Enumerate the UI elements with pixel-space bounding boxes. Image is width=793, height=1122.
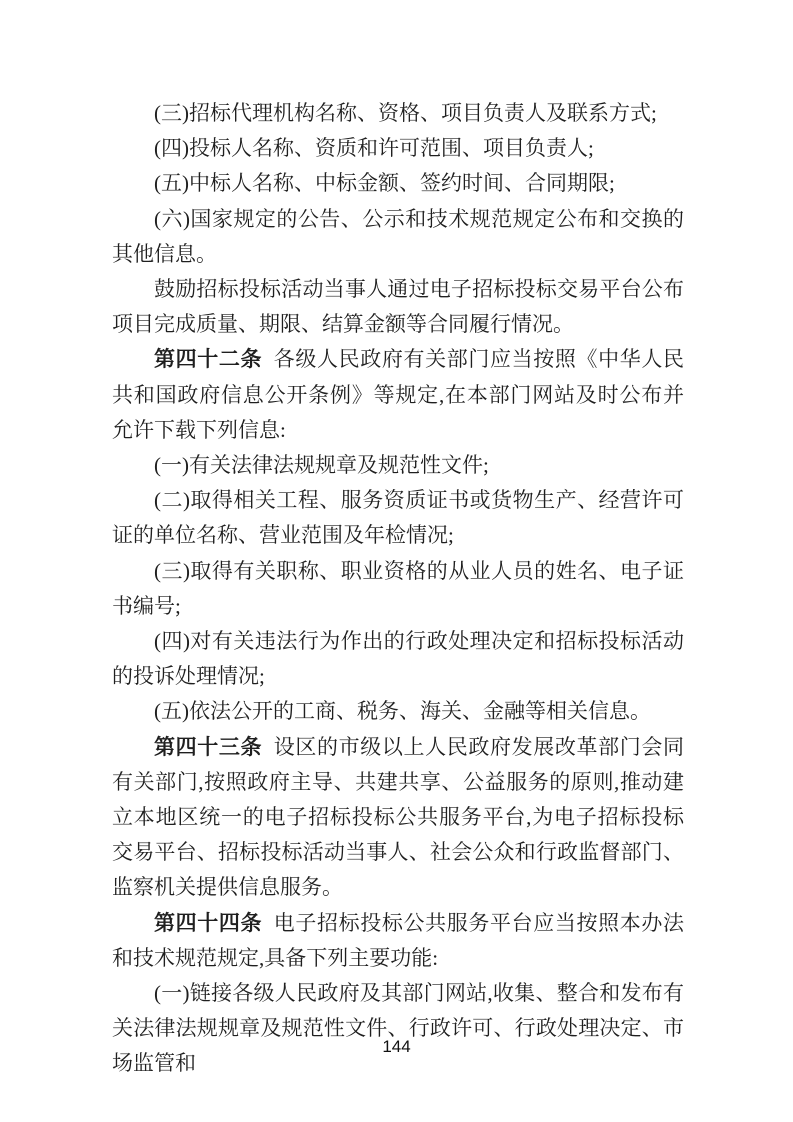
paragraph: 第四十三条设区的市级以上人民政府发展改革部门会同有关部门,按照政府主导、共建共享… [112, 730, 684, 906]
paragraph-text: (五)依法公开的工商、税务、海关、金融等相关信息。 [154, 699, 651, 723]
paragraph-text: (一)链接各级人民政府及其部门网站,收集、整合和发布有关法律法规规章及规范性文件… [112, 981, 684, 1075]
paragraph: (六)国家规定的公告、公示和技术规范规定公布和交换的其他信息。 [112, 202, 684, 272]
paragraph: (四)对有关违法行为作出的行政处理决定和招标投标活动的投诉处理情况; [112, 624, 684, 694]
paragraph: (五)依法公开的工商、税务、海关、金融等相关信息。 [112, 694, 684, 729]
paragraph-text: 鼓励招标投标活动当事人通过电子招标投标交易平台公布项目完成质量、期限、结算金额等… [112, 277, 684, 336]
paragraph-text: (一)有关法律法规规章及规范性文件; [154, 453, 489, 477]
paragraph-text: (三)取得有关职称、职业资格的从业人员的姓名、电子证书编号; [112, 559, 684, 618]
paragraph-text: (四)对有关违法行为作出的行政处理决定和招标投标活动的投诉处理情况; [112, 629, 684, 688]
paragraph: 第四十四条电子招标投标公共服务平台应当按照本办法和技术规范规定,具备下列主要功能… [112, 906, 684, 976]
article-number: 第四十三条 [154, 735, 262, 759]
document-body: (三)招标代理机构名称、资格、项目负责人及联系方式; (四)投标人名称、资质和许… [112, 96, 684, 1082]
paragraph: (三)取得有关职称、职业资格的从业人员的姓名、电子证书编号; [112, 554, 684, 624]
paragraph-text: (六)国家规定的公告、公示和技术规范规定公布和交换的其他信息。 [112, 207, 684, 266]
paragraph: (三)招标代理机构名称、资格、项目负责人及联系方式; [112, 96, 684, 131]
paragraph-text: (四)投标人名称、资质和许可范围、项目负责人; [154, 136, 594, 160]
paragraph: (五)中标人名称、中标金额、签约时间、合同期限; [112, 166, 684, 201]
paragraph-text: (五)中标人名称、中标金额、签约时间、合同期限; [154, 171, 615, 195]
paragraph: 第四十二条各级人民政府有关部门应当按照《中华人民共和国政府信息公开条例》等规定,… [112, 342, 684, 448]
paragraph-text: (二)取得相关工程、服务资质证书或货物生产、经营许可证的单位名称、营业范围及年检… [112, 488, 684, 547]
document-page: (三)招标代理机构名称、资格、项目负责人及联系方式; (四)投标人名称、资质和许… [0, 0, 793, 1122]
paragraph: 鼓励招标投标活动当事人通过电子招标投标交易平台公布项目完成质量、期限、结算金额等… [112, 272, 684, 342]
paragraph-text: 设区的市级以上人民政府发展改革部门会同有关部门,按照政府主导、共建共享、公益服务… [112, 735, 684, 900]
paragraph: (一)链接各级人民政府及其部门网站,收集、整合和发布有关法律法规规章及规范性文件… [112, 976, 684, 1082]
article-number: 第四十二条 [154, 347, 262, 371]
paragraph: (一)有关法律法规规章及规范性文件; [112, 448, 684, 483]
paragraph: (二)取得相关工程、服务资质证书或货物生产、经营许可证的单位名称、营业范围及年检… [112, 483, 684, 553]
article-number: 第四十四条 [154, 911, 262, 935]
page-number: 144 [0, 1037, 793, 1057]
paragraph: (四)投标人名称、资质和许可范围、项目负责人; [112, 131, 684, 166]
paragraph-text: (三)招标代理机构名称、资格、项目负责人及联系方式; [154, 101, 657, 125]
